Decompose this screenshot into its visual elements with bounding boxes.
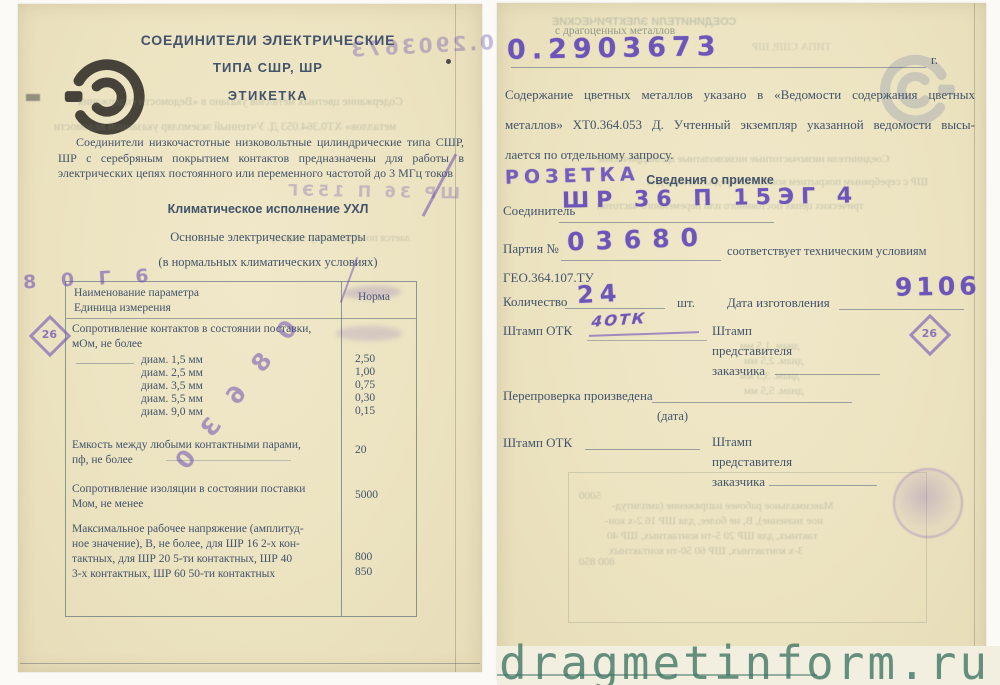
table-row: Максимальное рабочее напряжение (амплиту… — [72, 522, 334, 582]
quantity-unit: шт. — [677, 295, 695, 311]
bleed-text: 800 850 — [579, 555, 615, 570]
bleed-text: 5000 — [579, 490, 601, 502]
table-value: 5000 — [355, 489, 378, 501]
bleed-text: лается по отдельному запросу. — [268, 232, 411, 244]
serial-number-stamp: 0.2903673 — [507, 31, 722, 66]
table-value: 1,00 — [355, 366, 375, 378]
fill-in-rule — [839, 309, 964, 310]
table-value: 0,30 — [355, 392, 375, 404]
fill-in-rule — [561, 260, 721, 261]
page-fold-line — [20, 663, 480, 664]
otk-stamp-label: Штамп ОТК — [503, 435, 572, 451]
table-row: диам. 9,0 мм — [141, 405, 203, 420]
ink-smudge — [336, 326, 402, 341]
recheck-label: Перепроверка произведена — [503, 388, 653, 404]
inspector-diamond-stamp: 26 — [909, 314, 951, 356]
otk-stamp-label: Штамп ОТК — [503, 323, 572, 339]
year-suffix: г. — [931, 53, 938, 68]
bleed-text: диам. 1,5 мм — [740, 340, 799, 352]
quantity-stamp: 24 — [576, 279, 623, 309]
table-row: Сопротивление изоляции в состоянии поста… — [72, 482, 334, 512]
quantity-label: Количество — [503, 294, 567, 310]
table-value: 2,50 — [355, 353, 375, 365]
fill-in-rule — [585, 449, 700, 450]
table-value: 0,75 — [355, 379, 375, 391]
document-subtitle: ТИПА СШР, ШР — [118, 60, 418, 75]
ink-smudge — [26, 94, 40, 101]
bleed-text: диам. 2,5 мм — [744, 355, 803, 367]
otk-stamp-stroke — [589, 331, 699, 337]
bleed-text: 3-х контактных, ШР 60 50-ти контактных — [609, 545, 803, 557]
bleed-text: Соединители низкочастотные низковольтные… — [597, 153, 889, 165]
page-crease — [455, 4, 456, 672]
climate-line: Климатическое исполнение УХЛ — [118, 202, 418, 216]
otk-stamp: 4ОТК — [589, 309, 648, 331]
party-label: Партия № — [503, 241, 559, 257]
ink-dot — [446, 59, 451, 64]
fill-in-rule — [565, 308, 665, 309]
page-crease — [974, 3, 975, 681]
label-front-page: СОЕДИНИТЕЛИ ЭЛЕКТРИЧЕСКИЕ ТИПА СШР, ШР Э… — [18, 4, 482, 672]
bleed-text: диам. 3,5 мм — [740, 370, 799, 382]
bleed-text: ное значение), В, не более, для ШР 16 2-… — [605, 515, 823, 527]
bleed-text: Максимальное рабочее напряжение (амплиту… — [612, 500, 834, 512]
fill-in-rule — [559, 222, 774, 223]
watermark-url: dragmetinform.ru — [499, 636, 990, 685]
fill-in-rule — [511, 67, 926, 68]
bleed-text: диам. 5,5 мм — [744, 385, 803, 397]
label-back-page: СОЕДИНИТЕЛИ ЭЛЕКТРИЧЕСКИЕ ТИПА СШР, ШР с… — [497, 3, 986, 681]
fill-in-rule — [652, 402, 852, 403]
table-header-name: Наименование параметра Единица измерения — [74, 286, 334, 316]
fill-in-rule — [587, 340, 707, 341]
fill-in-rule — [76, 363, 134, 364]
table-value: 800 850 — [355, 550, 372, 580]
date-label: Дата изготовления — [727, 295, 830, 311]
recheck-date-note: (дата) — [657, 409, 688, 424]
params-note: (в нормальных климатических условиях) — [118, 255, 418, 270]
bleed-text: тактных, для ШР 20 5-ти контактных, ШР 4… — [607, 530, 818, 542]
bleed-text: Содержание цветных металлов указано в «В… — [78, 96, 403, 108]
table-value: 20 — [355, 444, 367, 456]
manufacture-date-stamp: 9106 — [895, 271, 981, 301]
batch-number-stamp: 03680 — [567, 223, 710, 257]
connector-type-stamp: ШР 36 П 15ЭГ 4 — [562, 183, 859, 213]
table-value: 0,15 — [355, 405, 375, 417]
bleed-text: металлов» ХТ0.364.053 Д. Учтенный экземп… — [54, 121, 396, 133]
metals-paragraph-line: Содержание цветных металлов указано в «В… — [505, 87, 975, 103]
party-suffix: соответствует техническим условиям — [727, 244, 927, 259]
table-header-rule — [66, 318, 416, 319]
intro-paragraph: Соединители низкочастотные низковольтные… — [58, 135, 464, 182]
bleed-text: ТИПА СШР, ШР — [752, 41, 831, 53]
metals-paragraph-line: металлов» ХТ0.364.053 Д. Учтенный экземп… — [505, 117, 975, 133]
